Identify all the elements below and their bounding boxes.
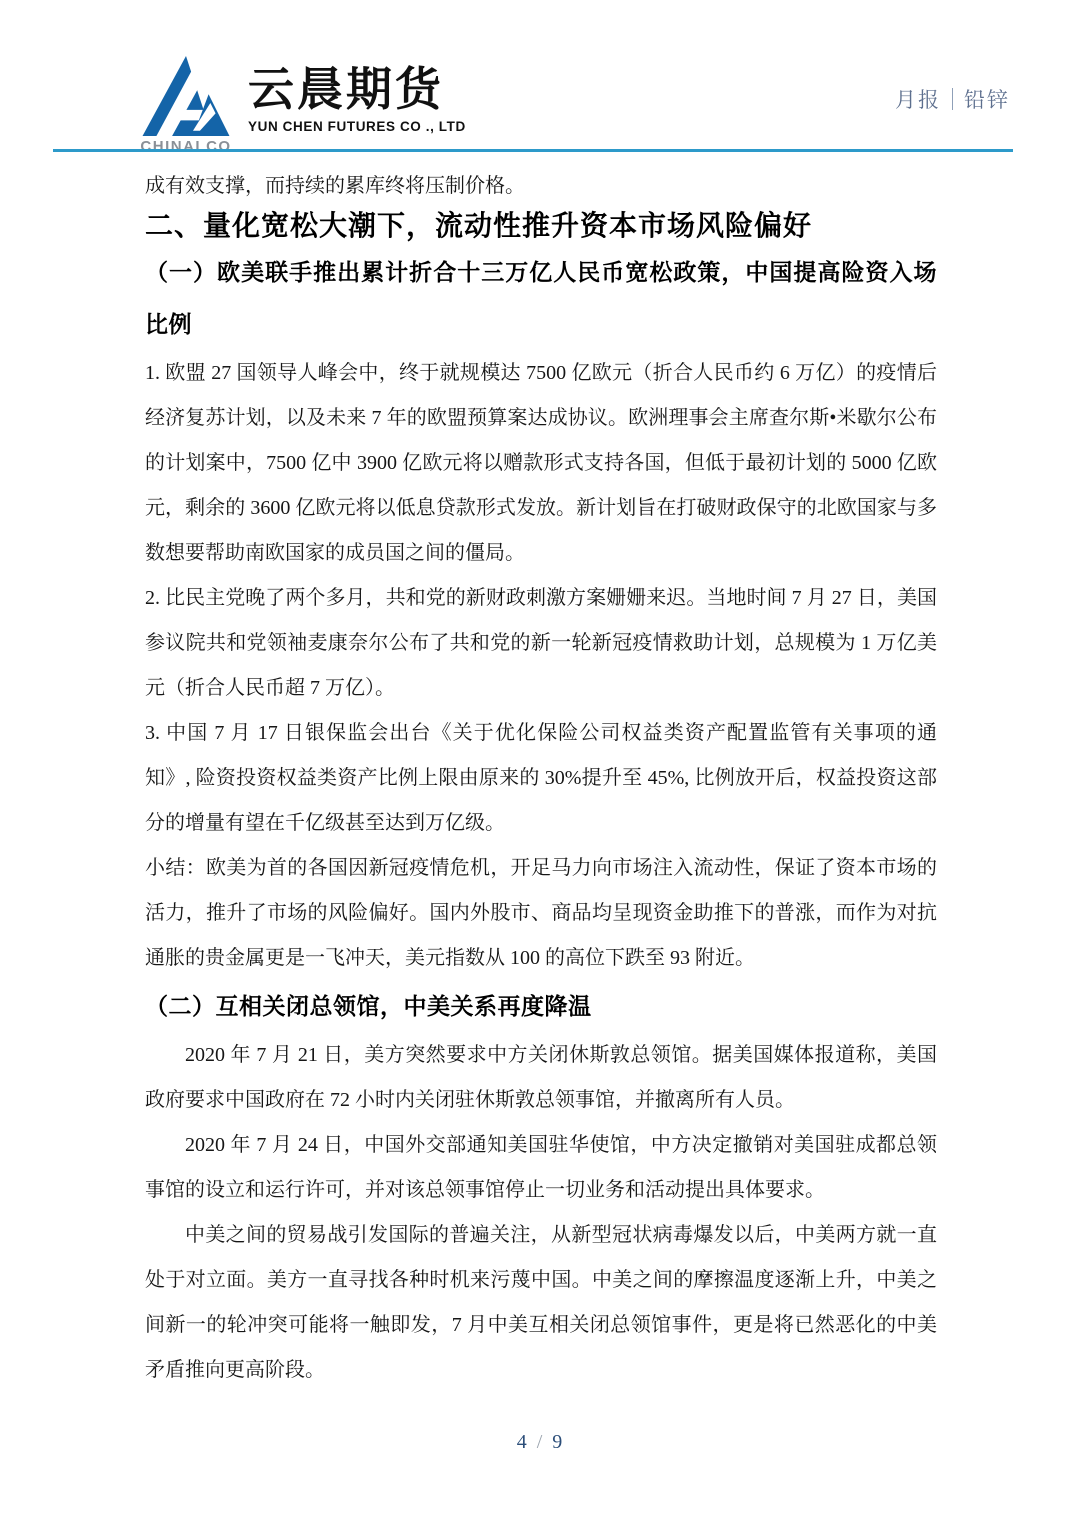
- report-subject-label: 铅锌: [964, 84, 1010, 114]
- page-number-total: 9: [552, 1431, 563, 1453]
- subsection-heading-1: （一）欧美联手推出累计折合十三万亿人民币宽松政策，中国提高险资入场比例: [145, 247, 937, 351]
- brand-name: CHINALCO: [140, 138, 232, 155]
- paragraph-us-stimulus: 2. 比民主党晚了两个多月，共和党的新财政刺激方案姗姗来迟。当地时间 7 月 2…: [145, 576, 937, 711]
- paragraph-houston-consulate: 2020 年 7 月 21 日，美方突然要求中方关闭休斯敦总领馆。据美国媒体报道…: [145, 1033, 937, 1123]
- company-name-en: YUN CHEN FUTURES CO ., LTD: [248, 119, 466, 134]
- document-page: CHINALCO 云晨期货 YUN CHEN FUTURES CO ., LTD…: [0, 0, 1080, 1526]
- page-number-current: 4: [517, 1431, 528, 1453]
- page-number: 4/9: [0, 1431, 1080, 1454]
- report-type-label: 月报: [895, 84, 941, 114]
- lead-paragraph: 成有效支撑，而持续的累库终将压制价格。: [145, 165, 937, 207]
- paragraph-eu-stimulus: 1. 欧盟 27 国领导人峰会中，终于就规模达 7500 亿欧元（折合人民币约 …: [145, 351, 937, 576]
- document-body: 成有效支撑，而持续的累库终将压制价格。 二、量化宽松大潮下，流动性推升资本市场风…: [0, 152, 1080, 1393]
- chinalco-logo-icon: CHINALCO: [140, 56, 232, 155]
- page-number-separator: /: [537, 1431, 544, 1453]
- page-header: CHINALCO 云晨期货 YUN CHEN FUTURES CO ., LTD…: [0, 0, 1080, 152]
- paragraph-trade-war: 中美之间的贸易战引发国际的普遍关注，从新型冠状病毒爆发以后，中美两方就一直处于对…: [145, 1213, 937, 1393]
- header-rule-line: [53, 149, 1013, 152]
- paragraph-summary: 小结：欧美为首的各国因新冠疫情危机，开足马力向市场注入流动性，保证了资本市场的活…: [145, 846, 937, 981]
- paragraph-chengdu-consulate: 2020 年 7 月 24 日，中国外交部通知美国驻华使馆，中方决定撤销对美国驻…: [145, 1123, 937, 1213]
- section-heading-2: 二、量化宽松大潮下，流动性推升资本市场风险偏好: [145, 207, 937, 247]
- header-divider: [952, 88, 953, 110]
- company-name-cn: 云晨期货: [248, 66, 466, 112]
- company-logo: CHINALCO 云晨期货 YUN CHEN FUTURES CO ., LTD: [140, 56, 466, 155]
- subsection-heading-2: （二）互相关闭总领馆，中美关系再度降温: [145, 981, 937, 1033]
- report-tag: 月报 铅锌: [895, 84, 1010, 114]
- paragraph-china-insurance: 3. 中国 7 月 17 日银保监会出台《关于优化保险公司权益类资产配置监管有关…: [145, 711, 937, 846]
- company-name-block: 云晨期货 YUN CHEN FUTURES CO ., LTD: [248, 56, 466, 134]
